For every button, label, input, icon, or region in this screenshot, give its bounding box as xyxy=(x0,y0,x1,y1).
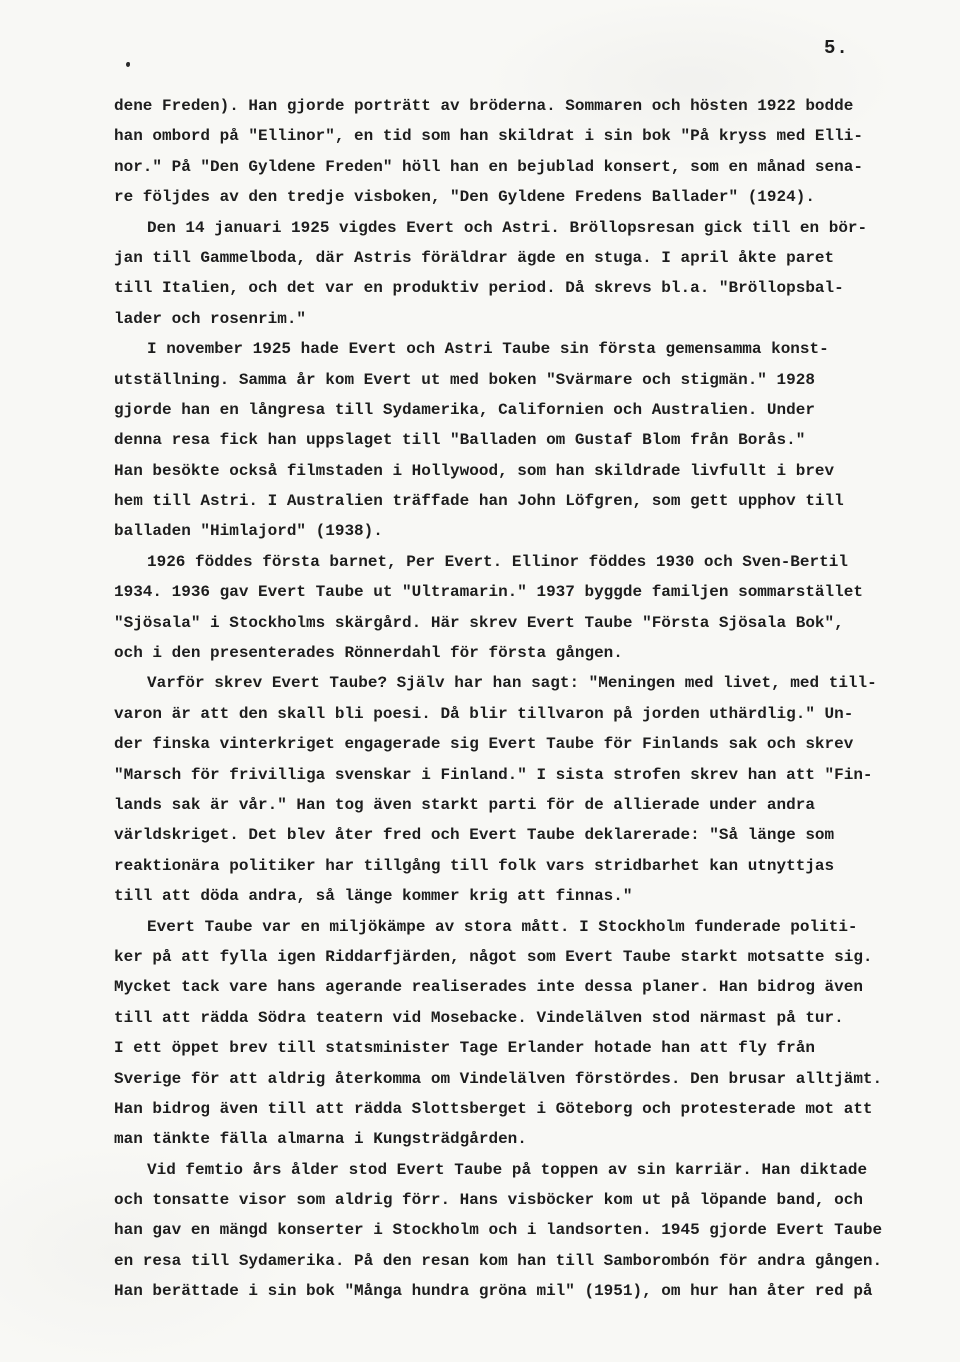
text-line: lader och rosenrim." xyxy=(114,304,926,334)
text-line: gjorde han en långresa till Sydamerika, … xyxy=(114,395,926,425)
text-line: "Marsch för frivilliga svenskar i Finlan… xyxy=(114,760,926,790)
text-line: till Italien, och det var en produktiv p… xyxy=(114,273,926,303)
document-page: 5. dene Freden). Han gjorde porträtt av … xyxy=(0,0,960,1362)
text-line: balladen "Himlajord" (1938). xyxy=(114,516,926,546)
page-number: 5. xyxy=(824,37,849,59)
text-line: han gav en mängd konserter i Stockholm o… xyxy=(114,1215,926,1245)
text-line: lands sak är vår." Han tog även starkt p… xyxy=(114,790,926,820)
text-line: Evert Taube var en miljökämpe av stora m… xyxy=(114,912,926,942)
text-line: och tonsatte visor som aldrig förr. Hans… xyxy=(114,1185,926,1215)
text-line: nor." På "Den Gyldene Freden" höll han e… xyxy=(114,152,926,182)
text-line: Vid femtio års ålder stod Evert Taube på… xyxy=(114,1155,926,1185)
text-line: reaktionära politiker har tillgång till … xyxy=(114,851,926,881)
text-line: till att döda andra, så länge kommer kri… xyxy=(114,881,926,911)
text-line: Varför skrev Evert Taube? Själv har han … xyxy=(114,668,926,698)
text-line: 1926 föddes första barnet, Per Evert. El… xyxy=(114,547,926,577)
text-line: han ombord på "Ellinor", en tid som han … xyxy=(114,121,926,151)
text-line: utställning. Samma år kom Evert ut med b… xyxy=(114,365,926,395)
text-line: Sverige för att aldrig återkomma om Vind… xyxy=(114,1064,926,1094)
text-line: och i den presenterades Rönnerdahl för f… xyxy=(114,638,926,668)
document-body: dene Freden). Han gjorde porträtt av brö… xyxy=(114,91,926,1307)
text-line: Mycket tack vare hans agerande realisera… xyxy=(114,972,926,1002)
text-line: hem till Astri. I Australien träffade ha… xyxy=(114,486,926,516)
text-line: der finska vinterkriget engagerade sig E… xyxy=(114,729,926,759)
text-line: I november 1925 hade Evert och Astri Tau… xyxy=(114,334,926,364)
ink-speck xyxy=(126,62,130,67)
text-line: Han besökte också filmstaden i Hollywood… xyxy=(114,456,926,486)
text-line: Han bidrog även till att rädda Slottsber… xyxy=(114,1094,926,1124)
text-line: man tänkte fälla almarna i Kungsträdgård… xyxy=(114,1124,926,1154)
text-line: en resa till Sydamerika. På den resan ko… xyxy=(114,1246,926,1276)
text-line: 1934. 1936 gav Evert Taube ut "Ultramari… xyxy=(114,577,926,607)
text-line: "Sjösala" i Stockholms skärgård. Här skr… xyxy=(114,608,926,638)
text-line: varon är att den skall bli poesi. Då bli… xyxy=(114,699,926,729)
text-line: Den 14 januari 1925 vigdes Evert och Ast… xyxy=(114,213,926,243)
text-line: Han berättade i sin bok "Många hundra gr… xyxy=(114,1276,926,1306)
text-line: re följdes av den tredje visboken, "Den … xyxy=(114,182,926,212)
text-line: till att rädda Södra teatern vid Mosebac… xyxy=(114,1003,926,1033)
text-line: ker på att fylla igen Riddarfjärden, någ… xyxy=(114,942,926,972)
text-line: I ett öppet brev till statsminister Tage… xyxy=(114,1033,926,1063)
text-line: jan till Gammelboda, där Astris föräldra… xyxy=(114,243,926,273)
text-line: denna resa fick han uppslaget till "Ball… xyxy=(114,425,926,455)
text-line: världskriget. Det blev åter fred och Eve… xyxy=(114,820,926,850)
text-line: dene Freden). Han gjorde porträtt av brö… xyxy=(114,91,926,121)
